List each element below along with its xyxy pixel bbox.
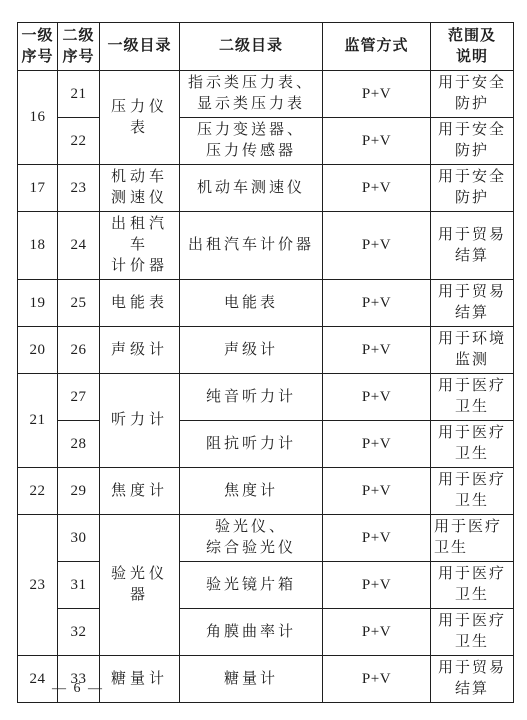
table-row: 2330验光仪器验光仪、 综合验光仪P+V用于医疗 卫生 bbox=[18, 515, 514, 562]
table-row: 1621压力仪表指示类压力表、 显示类压力表P+V用于安全 防护 bbox=[18, 71, 514, 118]
cell-scope-description: 用于医疗 卫生 bbox=[431, 374, 514, 421]
table-row: 22压力变送器、 压力传感器P+V用于安全 防护 bbox=[18, 118, 514, 165]
cell-level2-serial: 30 bbox=[58, 515, 100, 562]
cell-supervision-mode: P+V bbox=[323, 280, 431, 327]
table-body: 1621压力仪表指示类压力表、 显示类压力表P+V用于安全 防护22压力变送器、… bbox=[18, 71, 514, 703]
cell-level1-serial: 23 bbox=[18, 515, 58, 656]
cell-level1-serial: 21 bbox=[18, 374, 58, 468]
cell-scope-description: 用于安全 防护 bbox=[431, 165, 514, 212]
catalog-table: 一级 序号二级 序号一级目录二级目录监管方式范围及 说明 1621压力仪表指示类… bbox=[17, 22, 514, 703]
cell-scope-description: 用于医疗 卫生 bbox=[431, 515, 514, 562]
column-header-5: 监管方式 bbox=[323, 23, 431, 71]
column-header-4: 二级目录 bbox=[180, 23, 323, 71]
cell-supervision-mode: P+V bbox=[323, 562, 431, 609]
cell-level1-catalog: 焦度计 bbox=[100, 468, 180, 515]
column-header-6: 范围及 说明 bbox=[431, 23, 514, 71]
cell-level1-catalog: 声级计 bbox=[100, 327, 180, 374]
cell-level2-serial: 29 bbox=[58, 468, 100, 515]
cell-scope-description: 用于安全 防护 bbox=[431, 71, 514, 118]
cell-level1-catalog: 出租汽车 计价器 bbox=[100, 212, 180, 280]
cell-level2-serial: 21 bbox=[58, 71, 100, 118]
cell-supervision-mode: P+V bbox=[323, 374, 431, 421]
cell-supervision-mode: P+V bbox=[323, 327, 431, 374]
cell-level2-serial: 31 bbox=[58, 562, 100, 609]
cell-level2-serial: 23 bbox=[58, 165, 100, 212]
cell-supervision-mode: P+V bbox=[323, 71, 431, 118]
cell-level1-catalog: 糖量计 bbox=[100, 656, 180, 703]
page-number: — 6 — bbox=[52, 681, 104, 697]
table-row: 28阻抗听力计P+V用于医疗 卫生 bbox=[18, 421, 514, 468]
table-header: 一级 序号二级 序号一级目录二级目录监管方式范围及 说明 bbox=[18, 23, 514, 71]
cell-supervision-mode: P+V bbox=[323, 468, 431, 515]
cell-level2-catalog: 指示类压力表、 显示类压力表 bbox=[180, 71, 323, 118]
cell-scope-description: 用于医疗 卫生 bbox=[431, 609, 514, 656]
header-row: 一级 序号二级 序号一级目录二级目录监管方式范围及 说明 bbox=[18, 23, 514, 71]
cell-level1-catalog: 验光仪器 bbox=[100, 515, 180, 656]
cell-supervision-mode: P+V bbox=[323, 212, 431, 280]
cell-scope-description: 用于医疗 卫生 bbox=[431, 421, 514, 468]
cell-supervision-mode: P+V bbox=[323, 656, 431, 703]
cell-level2-serial: 32 bbox=[58, 609, 100, 656]
cell-level2-serial: 25 bbox=[58, 280, 100, 327]
cell-scope-description: 用于贸易 结算 bbox=[431, 280, 514, 327]
cell-scope-description: 用于贸易 结算 bbox=[431, 656, 514, 703]
table-row: 1824出租汽车 计价器出租汽车计价器P+V用于贸易 结算 bbox=[18, 212, 514, 280]
cell-level1-serial: 18 bbox=[18, 212, 58, 280]
cell-level2-catalog: 出租汽车计价器 bbox=[180, 212, 323, 280]
column-header-3: 一级目录 bbox=[100, 23, 180, 71]
cell-level2-catalog: 压力变送器、 压力传感器 bbox=[180, 118, 323, 165]
cell-level1-serial: 19 bbox=[18, 280, 58, 327]
cell-level2-serial: 26 bbox=[58, 327, 100, 374]
table-row: 1925电能表电能表P+V用于贸易 结算 bbox=[18, 280, 514, 327]
cell-level2-serial: 28 bbox=[58, 421, 100, 468]
cell-level2-catalog: 焦度计 bbox=[180, 468, 323, 515]
cell-scope-description: 用于医疗 卫生 bbox=[431, 562, 514, 609]
cell-level2-catalog: 验光镜片箱 bbox=[180, 562, 323, 609]
cell-level2-catalog: 糖量计 bbox=[180, 656, 323, 703]
cell-level1-catalog: 机动车 测速仪 bbox=[100, 165, 180, 212]
cell-level2-catalog: 电能表 bbox=[180, 280, 323, 327]
cell-level2-catalog: 验光仪、 综合验光仪 bbox=[180, 515, 323, 562]
table-row: 2127听力计纯音听力计P+V用于医疗 卫生 bbox=[18, 374, 514, 421]
cell-level1-catalog: 电能表 bbox=[100, 280, 180, 327]
column-header-2: 二级 序号 bbox=[58, 23, 100, 71]
cell-supervision-mode: P+V bbox=[323, 515, 431, 562]
cell-scope-description: 用于安全 防护 bbox=[431, 118, 514, 165]
cell-level1-serial: 16 bbox=[18, 71, 58, 165]
cell-level2-catalog: 角膜曲率计 bbox=[180, 609, 323, 656]
cell-supervision-mode: P+V bbox=[323, 165, 431, 212]
cell-level1-catalog: 听力计 bbox=[100, 374, 180, 468]
table-row: 31验光镜片箱P+V用于医疗 卫生 bbox=[18, 562, 514, 609]
cell-scope-description: 用于贸易 结算 bbox=[431, 212, 514, 280]
cell-level1-serial: 22 bbox=[18, 468, 58, 515]
cell-scope-description: 用于环境 监测 bbox=[431, 327, 514, 374]
cell-level2-serial: 27 bbox=[58, 374, 100, 421]
table-row: 2026声级计声级计P+V用于环境 监测 bbox=[18, 327, 514, 374]
cell-supervision-mode: P+V bbox=[323, 609, 431, 656]
cell-level2-serial: 22 bbox=[58, 118, 100, 165]
column-header-1: 一级 序号 bbox=[18, 23, 58, 71]
cell-level2-catalog: 声级计 bbox=[180, 327, 323, 374]
cell-level2-catalog: 纯音听力计 bbox=[180, 374, 323, 421]
table-row: 1723机动车 测速仪机动车测速仪P+V用于安全 防护 bbox=[18, 165, 514, 212]
cell-level1-catalog: 压力仪表 bbox=[100, 71, 180, 165]
table-row: 2229焦度计焦度计P+V用于医疗 卫生 bbox=[18, 468, 514, 515]
cell-scope-description: 用于医疗 卫生 bbox=[431, 468, 514, 515]
cell-level1-serial: 17 bbox=[18, 165, 58, 212]
cell-level2-catalog: 阻抗听力计 bbox=[180, 421, 323, 468]
table-row: 32角膜曲率计P+V用于医疗 卫生 bbox=[18, 609, 514, 656]
cell-level2-catalog: 机动车测速仪 bbox=[180, 165, 323, 212]
cell-supervision-mode: P+V bbox=[323, 421, 431, 468]
cell-supervision-mode: P+V bbox=[323, 118, 431, 165]
cell-level1-serial: 20 bbox=[18, 327, 58, 374]
cell-level2-serial: 24 bbox=[58, 212, 100, 280]
